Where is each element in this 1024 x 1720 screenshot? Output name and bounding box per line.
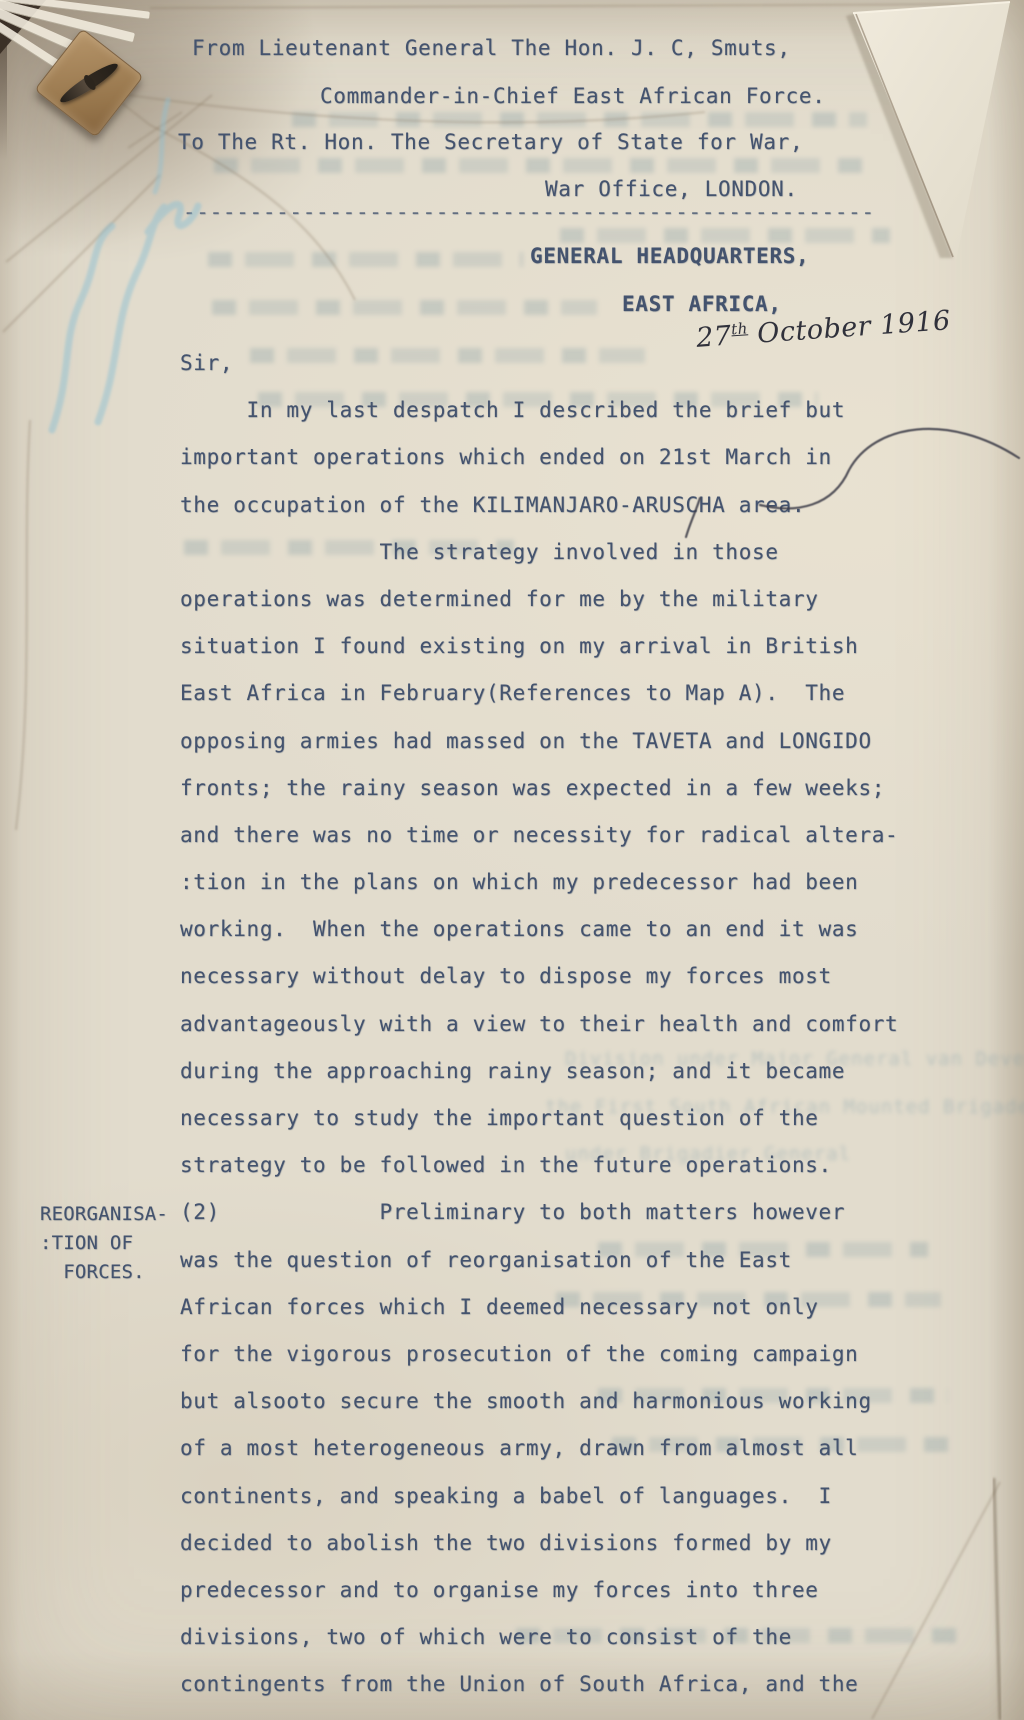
text-line: divisions, two of which were to consist … <box>180 1614 898 1661</box>
margin-note-reorganisation-of-forces: REORGANISA-:TION OF FORCES. <box>40 1200 168 1287</box>
text-line: African forces which I deemed necessary … <box>180 1284 898 1331</box>
header-general-headquarters: GENERAL HEADQUARTERS, <box>530 244 809 268</box>
ghost-bleed-bar <box>560 228 890 243</box>
text-line: In my last despatch I described the brie… <box>180 387 898 434</box>
text-line: East Africa in February(References to Ma… <box>180 670 898 717</box>
ghost-bleed-bar <box>212 300 597 315</box>
typed-dashed-separator: ----------------------------------------… <box>183 200 875 224</box>
header-east-africa: EAST AFRICA, <box>622 292 782 316</box>
header-from-line1: From Lieutenant General The Hon. J. C, S… <box>192 36 791 60</box>
ghost-bleed-bar <box>292 112 867 127</box>
text-line: strategy to be followed in the future op… <box>180 1142 898 1189</box>
text-line: continents, and speaking a babel of lang… <box>180 1473 898 1520</box>
text-line: during the approaching rainy season; and… <box>180 1048 898 1095</box>
blue-pencil-scribble <box>52 100 198 430</box>
text-line: :TION OF <box>40 1229 168 1258</box>
text-line: :tion in the plans on which my predecess… <box>180 859 898 906</box>
text-line: predecessor and to organise my forces in… <box>180 1567 898 1614</box>
text-line: important operations which ended on 21st… <box>180 434 898 481</box>
text-line: (2) Preliminary to both matters however <box>180 1189 898 1236</box>
header-from-line2: Commander-in-Chief East African Force. <box>320 84 826 108</box>
header-to-line2: War Office, LONDON. <box>545 177 798 201</box>
text-line: the occupation of the KILIMANJARO-ARUSCH… <box>180 482 898 529</box>
paper-sheet: Division under Major General van Devente… <box>0 0 1024 1720</box>
sheet-edge-line <box>994 1478 1000 1720</box>
document-photo: Division under Major General van Devente… <box>0 0 1024 1720</box>
text-line: was the question of reorganisation of th… <box>180 1237 898 1284</box>
ghost-bleed-bar <box>214 158 869 173</box>
text-line: fronts; the rainy season was expected in… <box>180 765 898 812</box>
header-to-line1: To The Rt. Hon. The Secretary of State f… <box>178 130 803 154</box>
text-line: operations was determined for me by the … <box>180 576 898 623</box>
text-line: necessary to study the important questio… <box>180 1095 898 1142</box>
letter-body: Sir, In my last despatch I described the… <box>180 340 898 1708</box>
text-line: situation I found existing on my arrival… <box>180 623 898 670</box>
text-line: Sir, <box>180 340 898 387</box>
fold-top-edge <box>853 2 1010 13</box>
text-line: and there was no time or necessity for r… <box>180 812 898 859</box>
cardboard-fastener-tag <box>34 28 143 137</box>
text-line: for the vigorous prosecution of the comi… <box>180 1331 898 1378</box>
text-line: decided to abolish the two divisions for… <box>180 1520 898 1567</box>
ghost-bleed-bar <box>208 252 523 267</box>
text-line: working. When the operations came to an … <box>180 906 898 953</box>
text-line: necessary without delay to dispose my fo… <box>180 953 898 1000</box>
text-line: but alsooto secure the smooth and harmon… <box>180 1378 898 1425</box>
text-line: REORGANISA- <box>40 1200 168 1229</box>
folded-corner-flap <box>853 2 1010 260</box>
text-line: FORCES. <box>40 1258 168 1287</box>
text-line: opposing armies had massed on the TAVETA… <box>180 718 898 765</box>
text-line: The strategy involved in those <box>180 529 898 576</box>
text-line: advantageously with a view to their heal… <box>180 1001 898 1048</box>
date-ordinal-suffix: th <box>731 319 749 338</box>
split-pin-fastener-icon <box>57 59 121 107</box>
text-line: contingents from the Union of South Afri… <box>180 1661 898 1708</box>
text-line: of a most heterogeneous army, drawn from… <box>180 1425 898 1472</box>
